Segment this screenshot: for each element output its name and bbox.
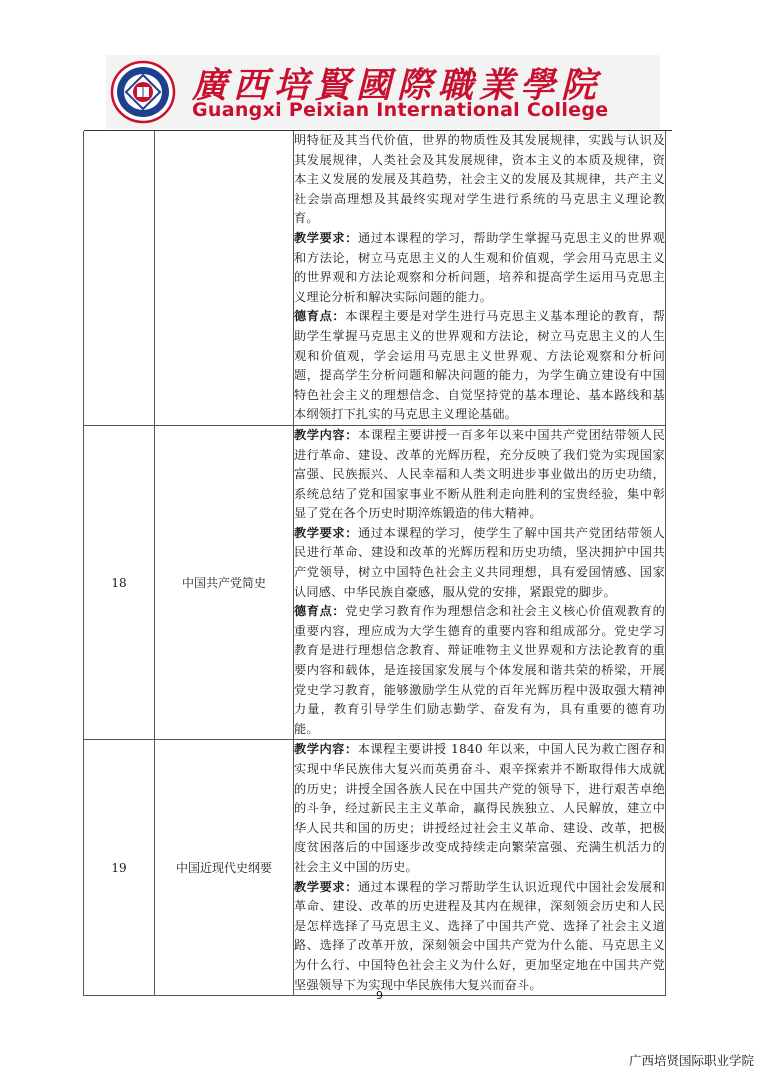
paragraph-text: 本课程主要讲授 1840 年以来，中国人民为救亡图存和实现中华民族伟大复兴而英勇… <box>294 742 665 874</box>
paragraph-label: 教学要求： <box>294 526 358 540</box>
college-seal-logo-icon <box>110 59 176 125</box>
description-paragraph: 德育点：党史学习教育作为理想信念和社会主义核心价值观教育的重要内容，理应成为大学… <box>294 602 665 739</box>
course-description: 教学内容：本课程主要讲授一百多年以来中国共产党团结带领人民进行革命、建设、改革的… <box>294 425 666 740</box>
course-name <box>155 131 294 425</box>
paragraph-label: 教学内容： <box>294 428 358 442</box>
description-paragraph: 教学要求：通过本课程的学习，使学生了解中国共产党团结带领人民进行革命、建设和改革… <box>294 524 665 602</box>
paragraph-label: 教学内容： <box>294 742 358 756</box>
course-number: 19 <box>84 740 155 996</box>
course-number <box>84 131 155 425</box>
course-description: 明特征及其当代价值，世界的物质性及其发展规律，实践与认识及其发展规律，人类社会及… <box>294 131 666 425</box>
paragraph-label: 教学要求： <box>294 880 358 894</box>
college-banner: 廣西培賢國際職業學院 Guangxi Peixian International… <box>106 55 660 129</box>
course-number: 18 <box>84 425 155 740</box>
paragraph-text: 党史学习教育作为理想信念和社会主义核心价值观教育的重要内容，理应成为大学生德育的… <box>294 604 665 736</box>
paragraph-label: 德育点： <box>294 604 345 618</box>
paragraph-label: 教学要求： <box>294 231 358 245</box>
description-paragraph: 教学内容：本课程主要讲授 1840 年以来，中国人民为救亡图存和实现中华民族伟大… <box>294 740 665 877</box>
description-paragraph: 德育点：本课程主要是对学生进行马克思主义基本理论的教育，帮助学生掌握马克思主义的… <box>294 307 665 425</box>
paragraph-text: 本课程主要是对学生进行马克思主义基本理论的教育，帮助学生掌握马克思主义的世界观和… <box>294 309 665 421</box>
course-table: 明特征及其当代价值，世界的物质性及其发展规律，实践与认识及其发展规律，人类社会及… <box>83 131 666 996</box>
description-paragraph: 明特征及其当代价值，世界的物质性及其发展规律，实践与认识及其发展规律，人类社会及… <box>294 131 665 229</box>
description-paragraph: 教学内容：本课程主要讲授一百多年以来中国共产党团结带领人民进行革命、建设、改革的… <box>294 426 665 524</box>
paragraph-label: 德育点： <box>294 309 345 323</box>
paragraph-text: 明特征及其当代价值，世界的物质性及其发展规律，实践与认识及其发展规律，人类社会及… <box>294 133 665 225</box>
table-row: 18 中国共产党简史 教学内容：本课程主要讲授一百多年以来中国共产党团结带领人民… <box>84 425 666 740</box>
course-description: 教学内容：本课程主要讲授 1840 年以来，中国人民为救亡图存和实现中华民族伟大… <box>294 740 666 996</box>
page-number: 9 <box>376 989 383 1002</box>
paragraph-text: 通过本课程的学习帮助学生认识近现代中国社会发展和革命、建设、改革的历史进程及其内… <box>294 880 665 992</box>
table-row: 明特征及其当代价值，世界的物质性及其发展规律，实践与认识及其发展规律，人类社会及… <box>84 131 666 425</box>
table-row: 19 中国近现代史纲要 教学内容：本课程主要讲授 1840 年以来，中国人民为救… <box>84 740 666 996</box>
course-name: 中国近现代史纲要 <box>155 740 294 996</box>
course-name: 中国共产党简史 <box>155 425 294 740</box>
description-paragraph: 教学要求：通过本课程的学习帮助学生认识近现代中国社会发展和革命、建设、改革的历史… <box>294 878 665 996</box>
college-name-en: Guangxi Peixian International College <box>192 99 608 121</box>
footer-college-name: 广西培贤国际职业学院 <box>629 1051 754 1069</box>
description-paragraph: 教学要求：通过本课程的学习，帮助学生掌握马克思主义的世界观和方法论，树立马克思主… <box>294 229 665 307</box>
